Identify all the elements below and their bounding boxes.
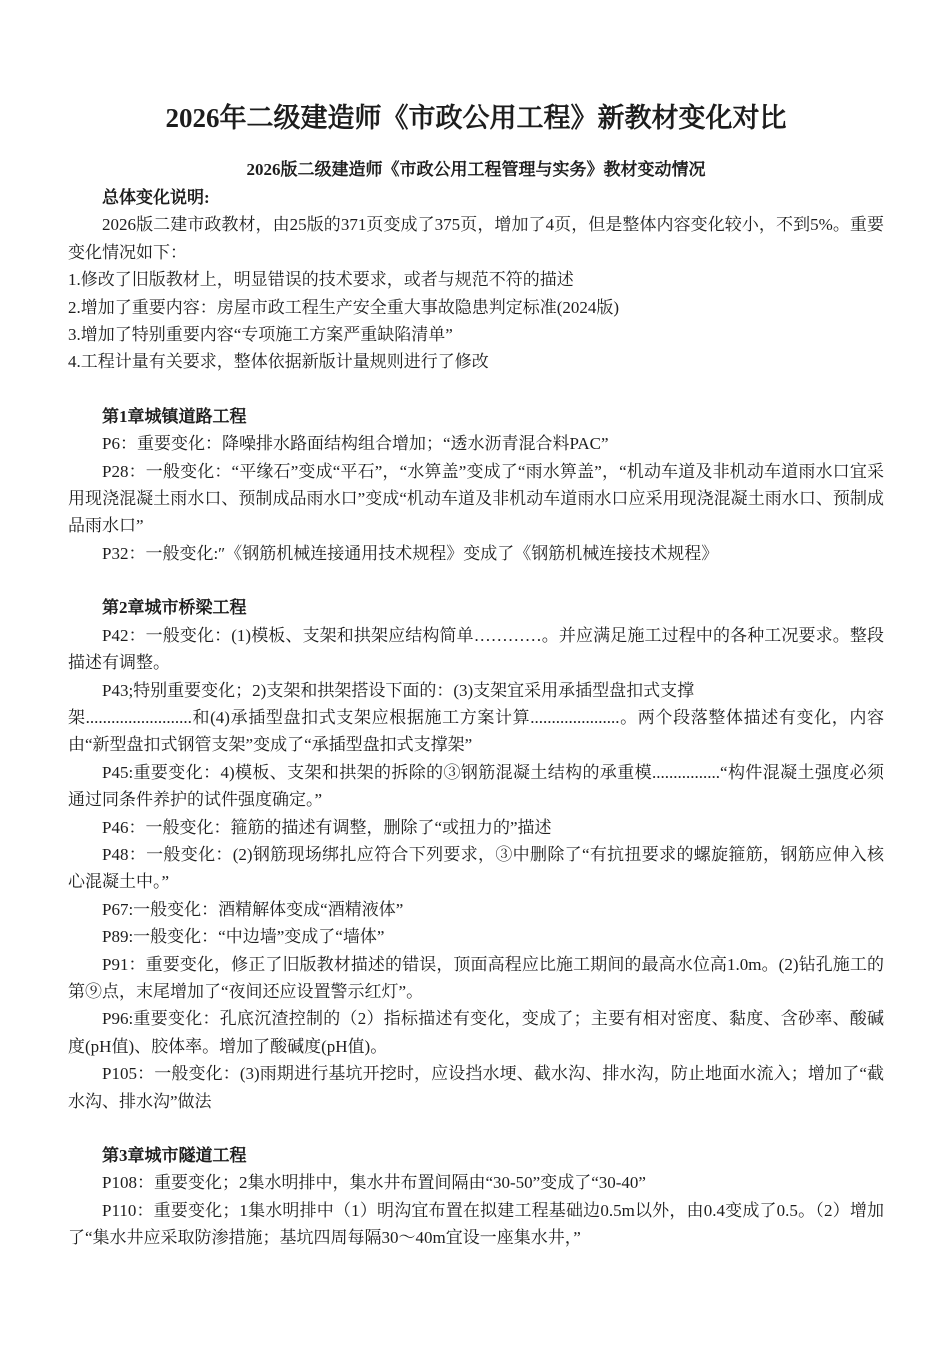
section-heading: 第1章城镇道路工程 bbox=[68, 403, 884, 430]
change-note: P108：重要变化；2集水明排中，集水井布置间隔由“30-50”变成了“30-4… bbox=[68, 1169, 884, 1196]
overview-item: 2.增加了重要内容：房屋市政工程生产安全重大事故隐患判定标准(2024版) bbox=[68, 294, 884, 321]
overview-intro: 2026版二建市政教材，由25版的371页变成了375页，增加了4页，但是整体内… bbox=[68, 211, 884, 266]
change-note: P67:一般变化：酒精解体变成“酒精液体” bbox=[68, 896, 884, 923]
change-note: P89:一般变化：“中边墙”变成了“墙体” bbox=[68, 923, 884, 950]
section-chapter-1: 第1章城镇道路工程 P6：重要变化：降噪排水路面结构组合增加；“透水沥青混合料P… bbox=[68, 403, 884, 567]
change-note: P48：一般变化：(2)钢筋现场绑扎应符合下列要求，③中删除了“有抗扭要求的螺旋… bbox=[68, 841, 884, 896]
page-subtitle: 2026版二级建造师《市政公用工程管理与实务》教材变动情况 bbox=[68, 156, 884, 184]
change-note: P28：一般变化：“平缘石”变成“平石”，“水箅盖”变成了“雨水箅盖”，“机动车… bbox=[68, 458, 884, 540]
change-note: P42：一般变化：(1)模板、支架和拱架应结构简单…………。并应满足施工过程中的… bbox=[68, 622, 884, 677]
change-note: P6：重要变化：降噪排水路面结构组合增加；“透水沥青混合料PAC” bbox=[68, 430, 884, 457]
change-note: P91：重要变化，修正了旧版教材描述的错误，顶面高程应比施工期间的最高水位高1.… bbox=[68, 951, 884, 1006]
document-page: 2026年二级建造师《市政公用工程》新教材变化对比 2026版二级建造师《市政公… bbox=[0, 0, 950, 1345]
section-chapter-3: 第3章城市隧道工程 P108：重要变化；2集水明排中，集水井布置间隔由“30-5… bbox=[68, 1142, 884, 1252]
change-note: P105：一般变化：(3)雨期进行基坑开挖时，应设挡水埂、截水沟、排水沟，防止地… bbox=[68, 1060, 884, 1115]
change-note: P32：一般变化:″《钢筋机械连接通用技术规程》变成了《钢筋机械连接技术规程》 bbox=[68, 540, 884, 567]
section-heading: 第2章城市桥梁工程 bbox=[68, 594, 884, 621]
section-heading: 第3章城市隧道工程 bbox=[68, 1142, 884, 1169]
overview-heading: 总体变化说明: bbox=[68, 184, 884, 211]
overview-item: 4.工程计量有关要求，整体依据新版计量规则进行了修改 bbox=[68, 348, 884, 375]
change-note: P96:重要变化：孔底沉渣控制的（2）指标描述有变化，变成了；主要有相对密度、黏… bbox=[68, 1005, 884, 1060]
change-note: P43;特别重要变化；2)支架和拱架搭设下面的：(3)支架宜采用承插型盘扣式支撑… bbox=[68, 677, 884, 759]
change-note: P110：重要变化；1集水明排中（1）明沟宜布置在拟建工程基础边0.5m以外，由… bbox=[68, 1197, 884, 1252]
page-title: 2026年二级建造师《市政公用工程》新教材变化对比 bbox=[68, 100, 884, 136]
change-note: P46：一般变化：箍筋的描述有调整，删除了“或扭力的”描述 bbox=[68, 814, 884, 841]
overview-item: 1.修改了旧版教材上，明显错误的技术要求，或者与规范不符的描述 bbox=[68, 266, 884, 293]
section-chapter-2: 第2章城市桥梁工程 P42：一般变化：(1)模板、支架和拱架应结构简单…………。… bbox=[68, 594, 884, 1115]
change-note: P45:重要变化：4)模板、支架和拱架的拆除的③钢筋混凝土结构的承重模.....… bbox=[68, 759, 884, 814]
overview-item: 3.增加了特别重要内容“专项施工方案严重缺陷清单” bbox=[68, 321, 884, 348]
